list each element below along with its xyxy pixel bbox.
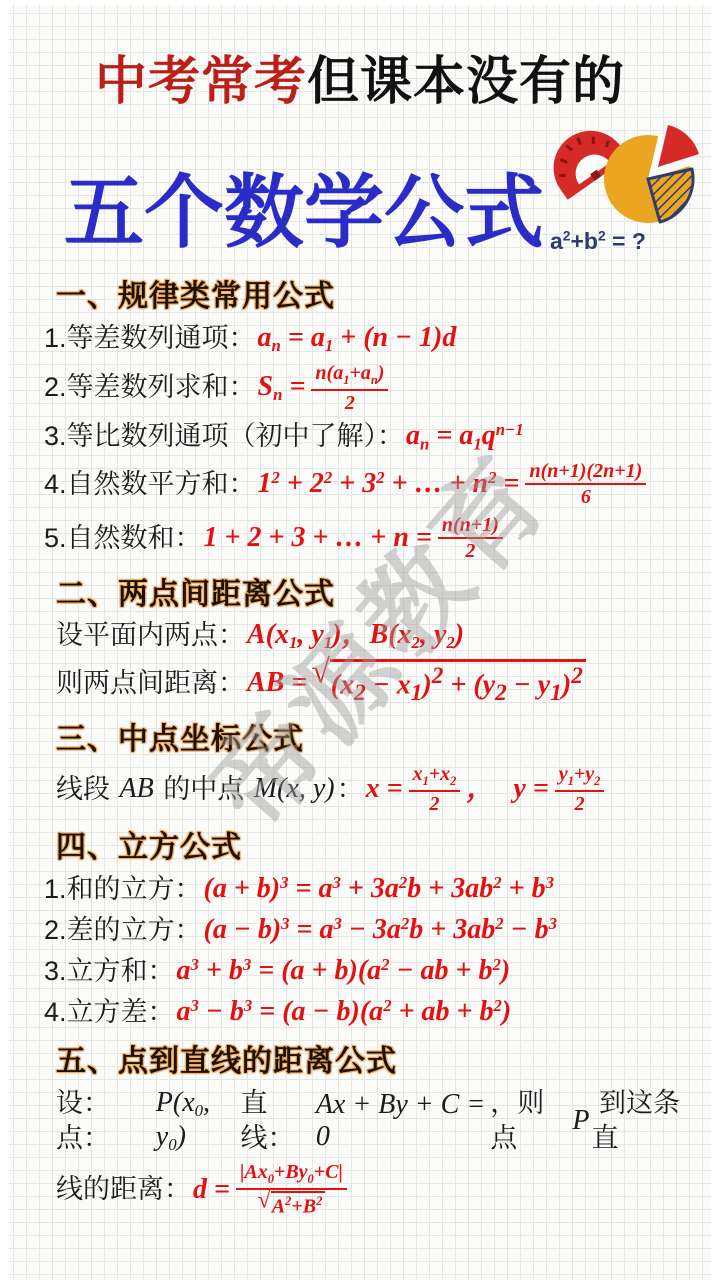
formula-line: 线段 AB 的中点 M(x, y)：x =x1+x22， y =y1+y22: [56, 763, 696, 815]
formula-red: A(x1, y1)，B(x2, y2): [247, 619, 464, 652]
fraction: x1+x22: [409, 763, 461, 815]
label-text: 1.和的立方：: [44, 872, 202, 907]
fraction: n(n+1)(2n+1)6: [525, 460, 646, 509]
subtitle: 中考常考但课本没有的: [0, 54, 720, 111]
formula-red: (a + b)3 = a3 + 3a2b + 3ab2 + b3: [204, 873, 554, 905]
formula-line: 4.自然数平方和：12 + 22 + 32 + … + n2 =n(n+1)(2…: [44, 460, 696, 509]
fraction: n(a1+an)2: [311, 362, 388, 414]
title-row: 五个数学公式: [0, 127, 720, 255]
label-text: 3.等比数列通项（初中了解）：: [44, 419, 404, 454]
formula-line: 4.立方差：a3 − b3 = (a − b)(a2 + ab + b2): [44, 994, 696, 1030]
formula-line: 则两点间距离：AB =√(x2 − x1)2 + (y2 − y1)2: [56, 659, 696, 708]
label-text: 5.自然数和：: [44, 521, 202, 556]
section-heading: 四、立方公式: [56, 829, 696, 867]
label-text: 线的距离：: [56, 1172, 191, 1207]
square-root: √(x2 − x1)2 + (y2 − y1)2: [311, 659, 586, 708]
fraction: n(n+1)2: [438, 514, 503, 563]
formula-line: 设平面内两点：A(x1, y1)，B(x2, y2): [56, 618, 696, 654]
label-text: 则两点间距离：: [56, 666, 245, 701]
formula-red: (a − b)3 = a3 − 3a2b + 3ab2 − b3: [204, 914, 557, 946]
formula-sections: 一、规律类常用公式1.等差数列通项：an = a1 + (n − 1)d2.等差…: [0, 255, 720, 1218]
header: 中考常考但课本没有的 五个数学公式: [0, 0, 720, 255]
label-text: 2.差的立方：: [44, 913, 202, 948]
formula-red: a3 − b3 = (a − b)(a2 + ab + b2): [177, 996, 512, 1028]
section-heading: 五、点到直线的距离公式: [56, 1043, 696, 1081]
formula-line: 3.立方和：a3 + b3 = (a + b)(a2 − ab + b2): [44, 953, 696, 989]
formula-red: ，: [466, 773, 494, 805]
label-text: 设平面内两点：: [56, 618, 245, 653]
label-text: 直线：: [241, 1086, 314, 1156]
section-heading: 二、两点间距离公式: [56, 576, 696, 614]
section-heading: 三、中点坐标公式: [56, 721, 696, 759]
label-text: 4.立方差：: [44, 995, 175, 1030]
formula-line: 5.自然数和：1 + 2 + 3 + … + n =n(n+1)2: [44, 514, 696, 563]
formula-line: 设：点：P(x0, y0)直线：Ax + By + C = 0，则点 P 到这条…: [56, 1086, 696, 1156]
formula-red: a3 + b3 = (a + b)(a2 − ab + b2): [177, 955, 511, 987]
formula-red: d =: [193, 1174, 230, 1206]
formula-black: Ax + By + C = 0: [316, 1089, 488, 1153]
label-text: ，则点: [490, 1086, 570, 1156]
label-text: 3.立方和：: [44, 954, 175, 989]
subtitle-black-part: 但课本没有的: [307, 53, 625, 111]
poster: 帝源教育 中考常考但课本没有的 五个数学公式: [0, 0, 720, 1280]
formula-line: 2.差的立方：(a − b)3 = a3 − 3a2b + 3ab2 − b3: [44, 912, 696, 948]
main-title: 五个数学公式: [64, 171, 544, 255]
formula-red: 1 + 2 + 3 + … + n =: [204, 522, 432, 554]
formula-red: AB =: [247, 667, 307, 699]
label-text: [496, 772, 511, 807]
fraction-with-root: |Ax0+By0+C|√A2+B2: [236, 1161, 347, 1219]
formula-line: 1.和的立方：(a + b)3 = a3 + 3a2b + 3ab2 + b3: [44, 871, 696, 907]
formula-line: 2.等差数列求和：Sn =n(a1+an)2: [44, 362, 696, 414]
formula-line: 线的距离：d =|Ax0+By0+C|√A2+B2: [56, 1161, 696, 1219]
formula-red: x =: [366, 773, 403, 805]
label-text: 4.自然数平方和：: [44, 467, 256, 502]
formula-black: M(x, y): [254, 773, 335, 805]
fraction: y1+y22: [555, 763, 605, 815]
label-text: 线段: [56, 772, 118, 807]
formula-black: P: [572, 1105, 589, 1137]
label-text: 的中点: [156, 772, 252, 807]
math-tools-illustration: [548, 115, 706, 233]
formula-red: Sn =: [258, 371, 306, 404]
formula-red: 12 + 22 + 32 + … + n2 =: [258, 468, 520, 500]
formula-black: AB: [120, 773, 154, 805]
label-text: 2.等差数列求和：: [44, 370, 256, 405]
formula-black: P(x0, y0): [156, 1087, 239, 1154]
label-text: ：: [337, 772, 364, 807]
section-heading: 一、规律类常用公式: [56, 278, 696, 316]
label-text: 1.等差数列通项：: [44, 321, 256, 356]
pie-chart-icon: [604, 125, 699, 223]
formula-red: an = a1qn−1: [406, 420, 524, 454]
math-icons: a2+b2 = ?: [548, 115, 706, 255]
label-text: 到这条直: [591, 1086, 696, 1156]
label-text: 设：点：: [56, 1086, 154, 1156]
formula-line: 3.等比数列通项（初中了解）：an = a1qn−1: [44, 419, 696, 455]
formula-red: y =: [513, 773, 548, 805]
subtitle-red-part: 中考常考: [95, 53, 307, 111]
formula-red: an = a1 + (n − 1)d: [258, 322, 457, 355]
formula-line: 1.等差数列通项：an = a1 + (n − 1)d: [44, 321, 696, 357]
